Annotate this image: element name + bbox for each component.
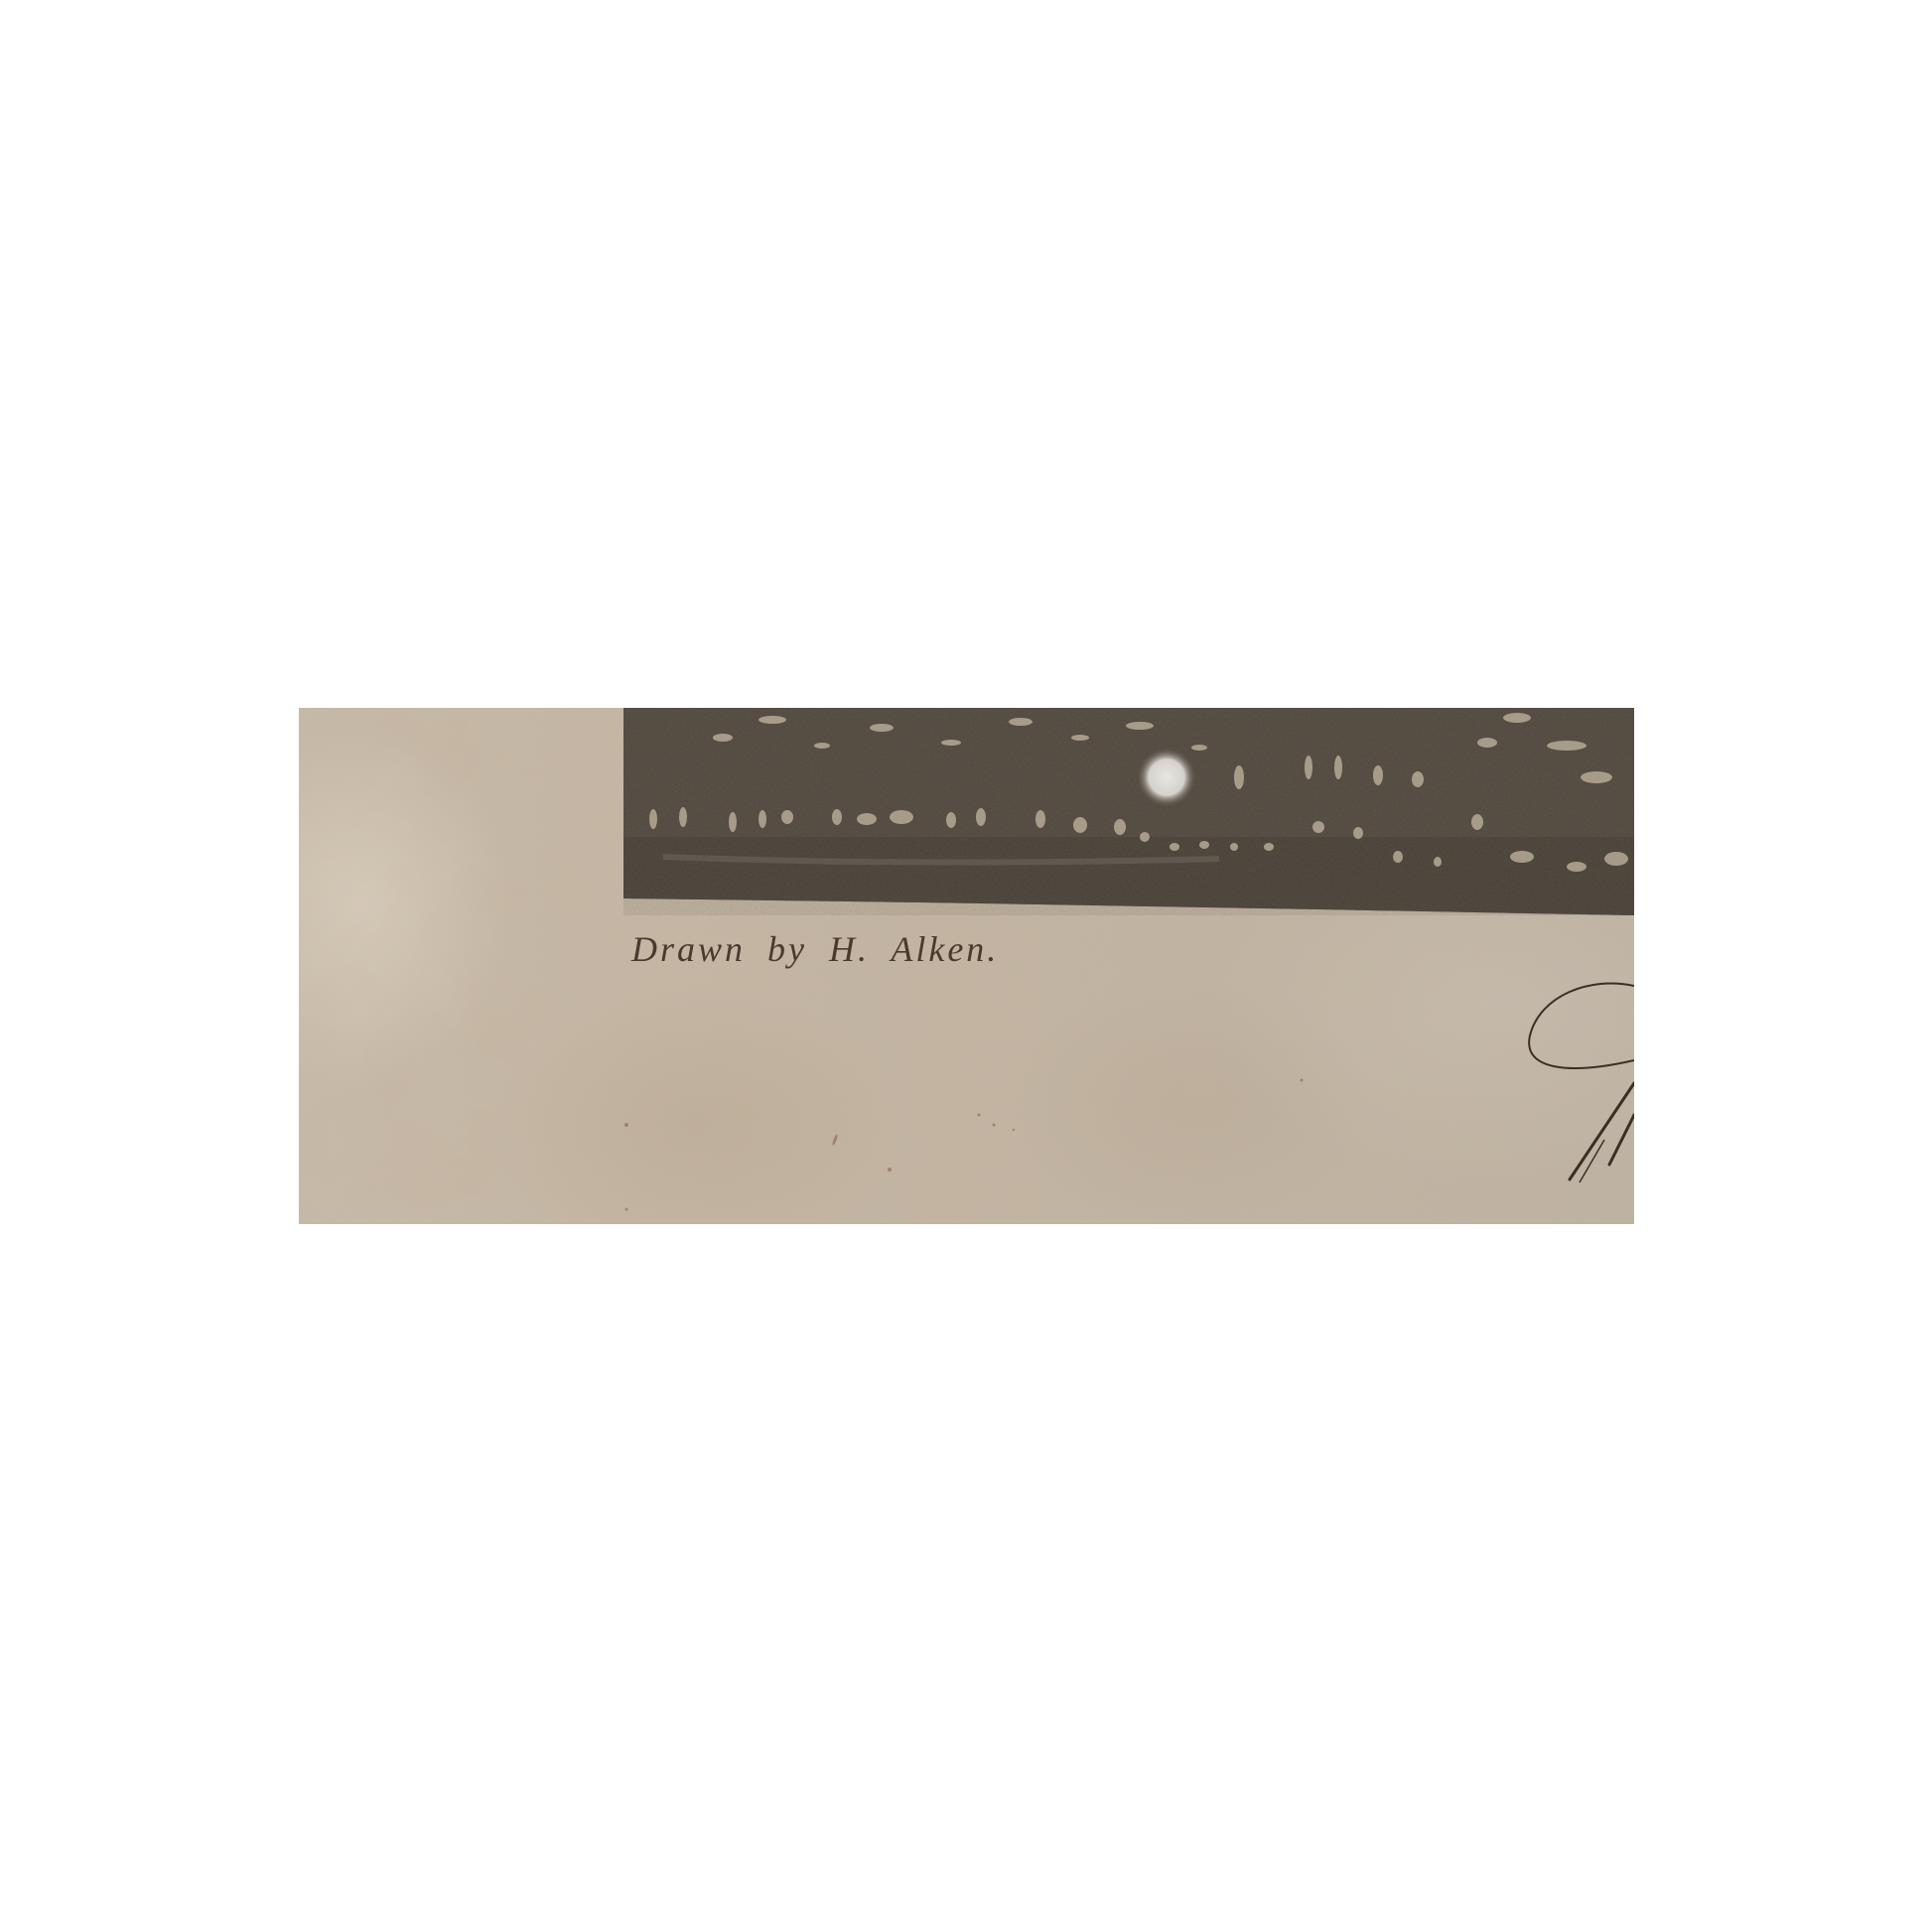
print-photograph: Drawn by H. Alken.	[299, 708, 1634, 1224]
aquatint-plate	[623, 708, 1634, 915]
artist-credit-caption: Drawn by H. Alken.	[631, 928, 999, 970]
plate-highlight-spot	[1137, 748, 1196, 807]
calligraphic-title-flourish	[1510, 966, 1634, 1224]
